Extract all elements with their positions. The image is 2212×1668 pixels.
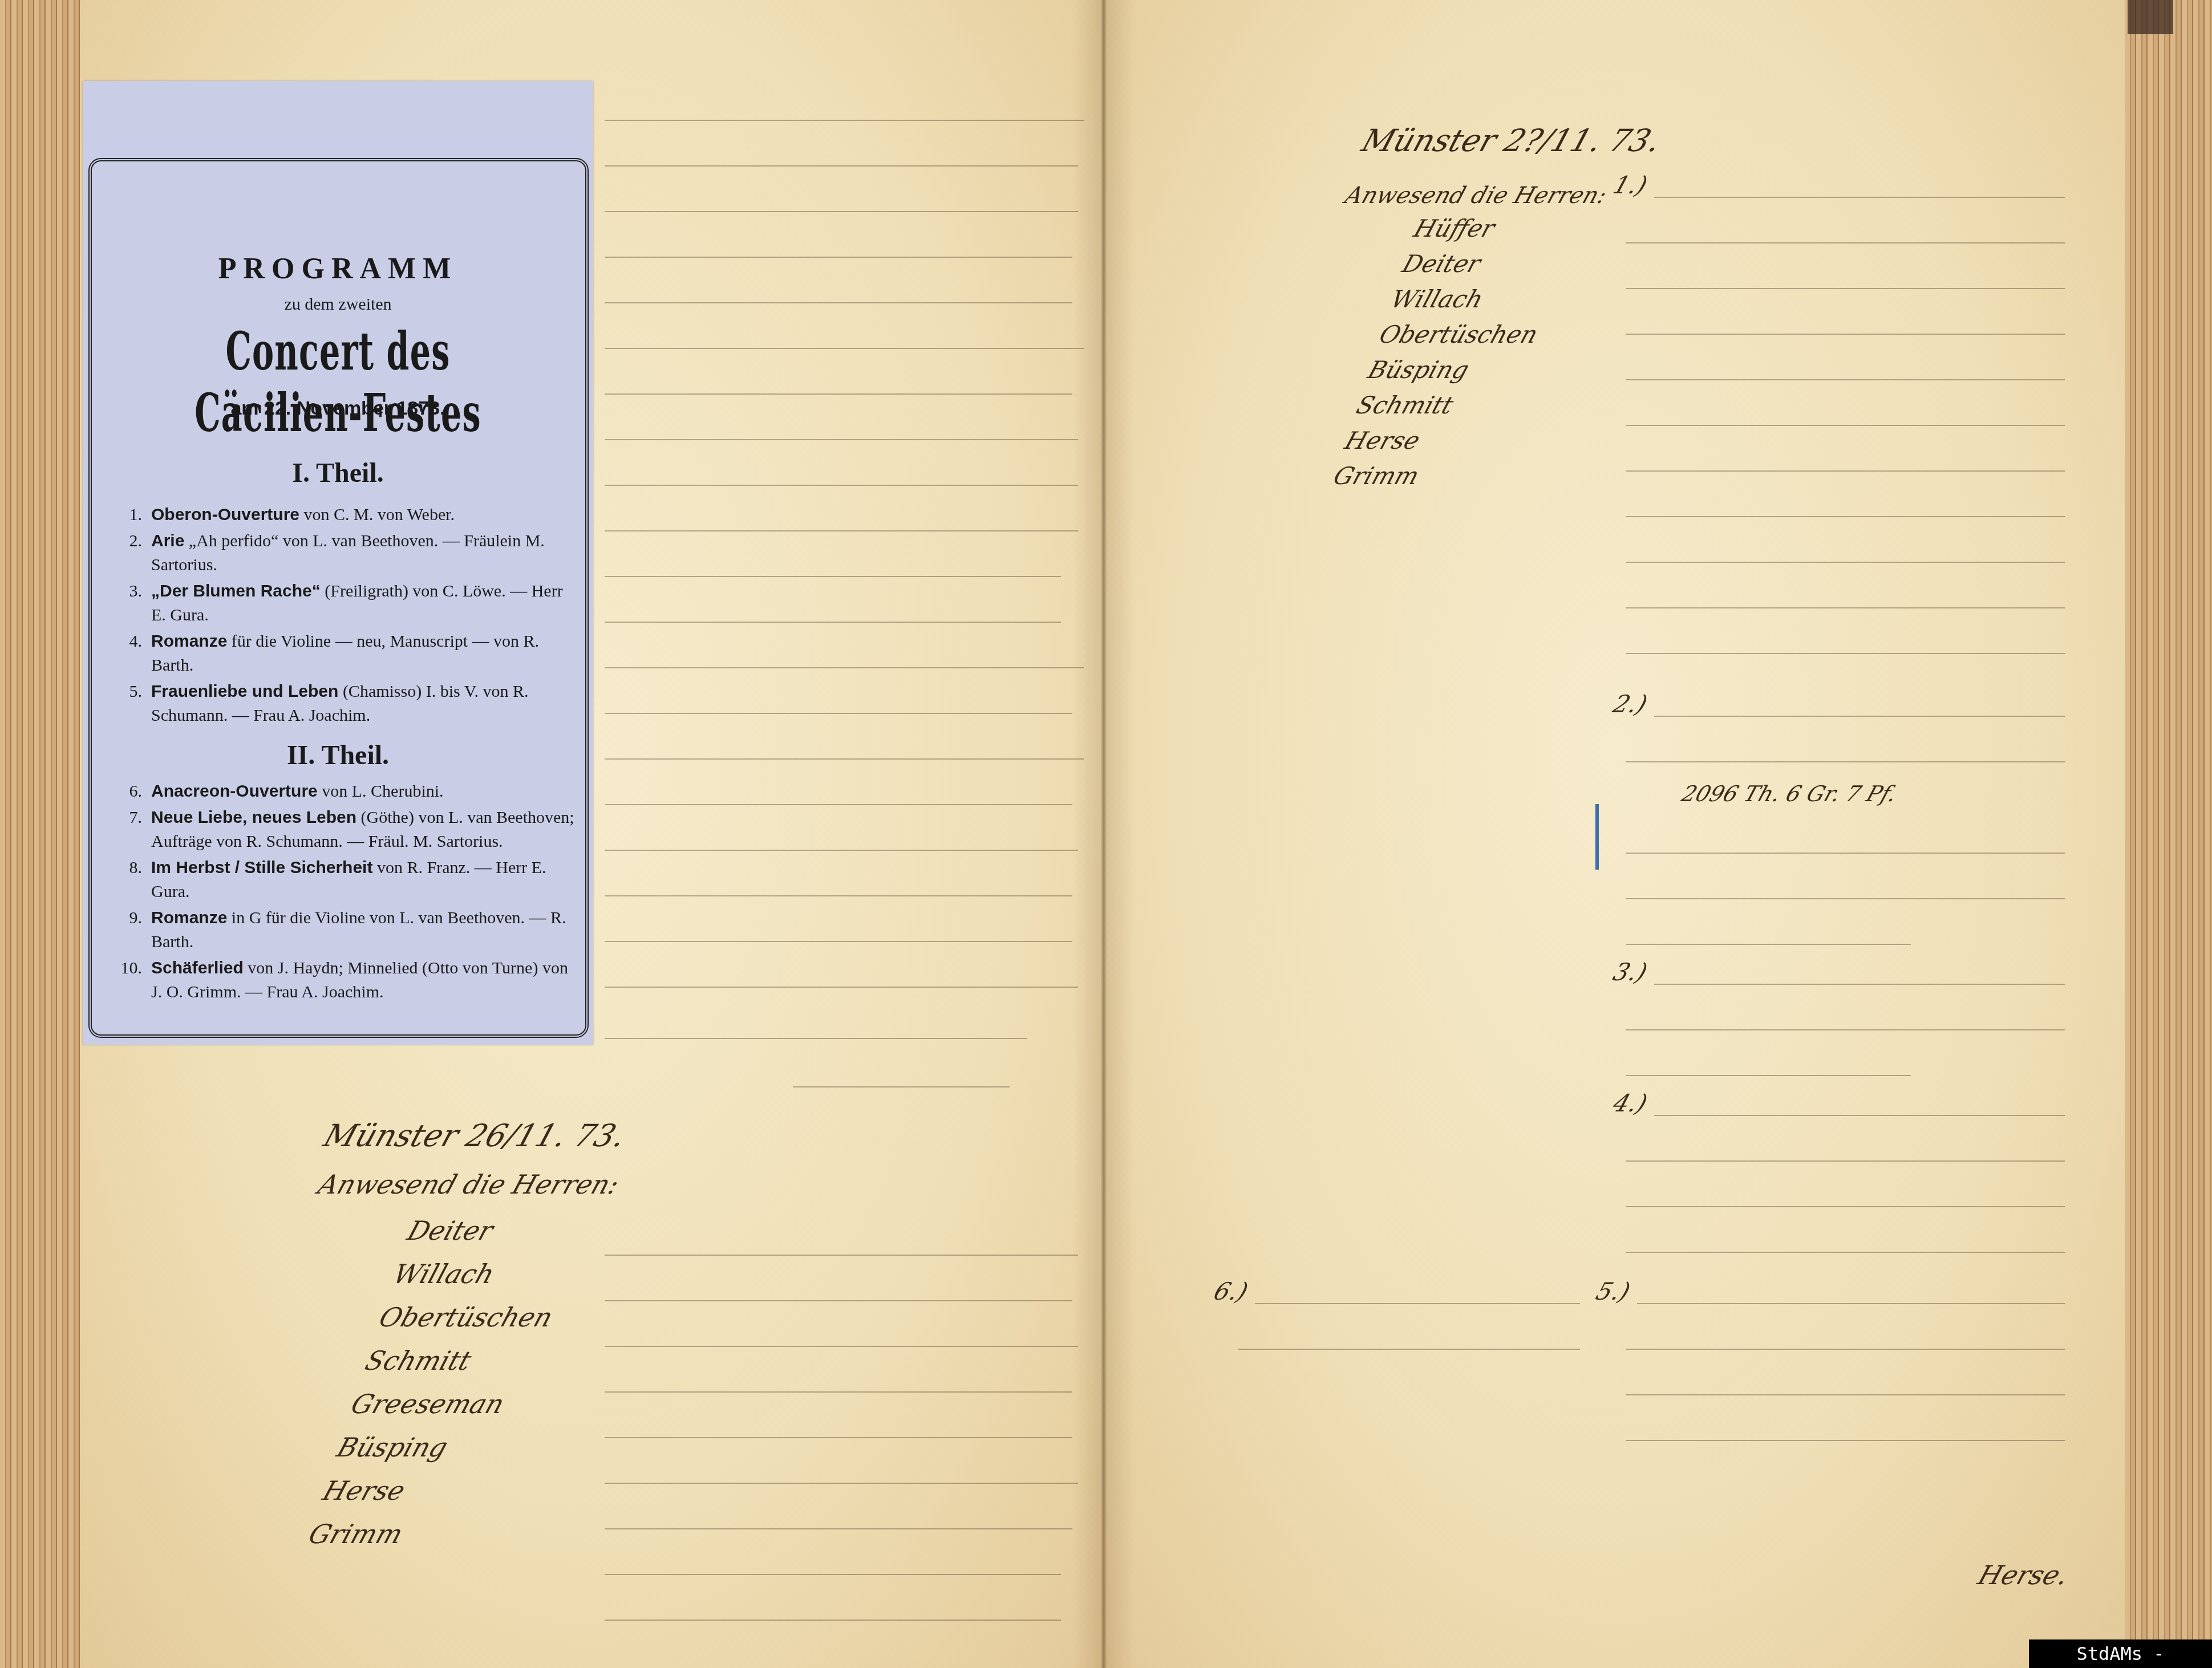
attendee-name: Herse — [317, 1469, 503, 1512]
attendee-name: Obertüschen — [374, 1296, 559, 1339]
part-1-heading: I. Theil. — [83, 457, 593, 489]
program-item: 9.Romanze in G für die Violine von L. va… — [117, 906, 576, 954]
program-item: 10.Schäferlied von J. Haydn; Minnelied (… — [117, 956, 576, 1004]
program-item: 6.Anacreon-Ouverture von L. Cherubini. — [117, 780, 576, 803]
archive-reference-label: StdAMs - MV_002a_223 — [2029, 1639, 2212, 1668]
part-2-items: 6.Anacreon-Ouverture von L. Cherubini. 7… — [117, 780, 576, 1007]
left-minutes-heading: Münster 26/11. 73. — [319, 1118, 631, 1154]
concert-date: am 22. November 1873. — [83, 397, 593, 420]
book-page-edges-right — [2125, 0, 2212, 1668]
attendee-name: Herse — [1340, 423, 1508, 458]
concert-program-sheet: PROGRAMM zu dem zweiten Concert des Cäci… — [83, 81, 593, 1045]
program-item: 2.Arie „Ah perfido“ von L. van Beethoven… — [117, 529, 576, 577]
concert-name: Concert des Cäcilien-Festes — [180, 320, 496, 444]
attendee-name: Büsping — [1363, 352, 1531, 388]
attendee-name: Grimm — [1328, 458, 1496, 494]
program-item: 7.Neue Liebe, neues Leben (Göthe) von L.… — [117, 806, 576, 854]
blue-pencil-mark — [1595, 804, 1599, 870]
attendee-name: Grimm — [303, 1512, 488, 1556]
attendee-name: Obertüschen — [1375, 317, 1542, 352]
attendee-name: Willach — [1386, 282, 1554, 317]
attendee-name: Hüffer — [1409, 211, 1577, 246]
index-tab — [2128, 0, 2173, 34]
amount: 2096 Th. 6 Gr. 7 Pf. — [1679, 781, 1900, 806]
program-title: PROGRAMM — [83, 252, 593, 286]
right-page — [1104, 0, 2125, 1668]
program-item: 3.„Der Blumen Rache“ (Freiligrath) von C… — [117, 579, 576, 627]
book-page-edges-left — [0, 0, 80, 1668]
book-gutter — [1072, 0, 1135, 1668]
program-item: 8.Im Herbst / Stille Sicherheit von R. F… — [117, 856, 576, 904]
attendee-name: Schmitt — [1352, 388, 1520, 423]
left-attendance-label: Anwesend die Herren: — [314, 1169, 623, 1200]
attendee-name: Willach — [387, 1252, 573, 1296]
part-1-items: 1.Oberon-Ouverture von C. M. von Weber. … — [117, 503, 576, 730]
program-item: 1.Oberon-Ouverture von C. M. von Weber. — [117, 503, 576, 527]
program-item: 4.Romanze für die Violine — neu, Manuscr… — [117, 630, 576, 677]
attendee-name: Greeseman — [345, 1382, 530, 1426]
attendee-name: Deiter — [402, 1209, 587, 1252]
attendee-name: Deiter — [1397, 246, 1565, 282]
signature: Herse. — [1974, 1560, 2072, 1590]
right-attendance-label: Anwesend die Herren: — [1342, 182, 1610, 209]
attendee-name: Schmitt — [359, 1339, 545, 1382]
right-minutes-heading: Münster 2?/11. 73. — [1358, 123, 1666, 159]
program-subtitle: zu dem zweiten — [83, 295, 593, 314]
program-item: 5.Frauenliebe und Leben (Chamisso) I. bi… — [117, 680, 576, 728]
part-2-heading: II. Theil. — [83, 740, 593, 771]
attendee-name: Büsping — [331, 1426, 517, 1469]
